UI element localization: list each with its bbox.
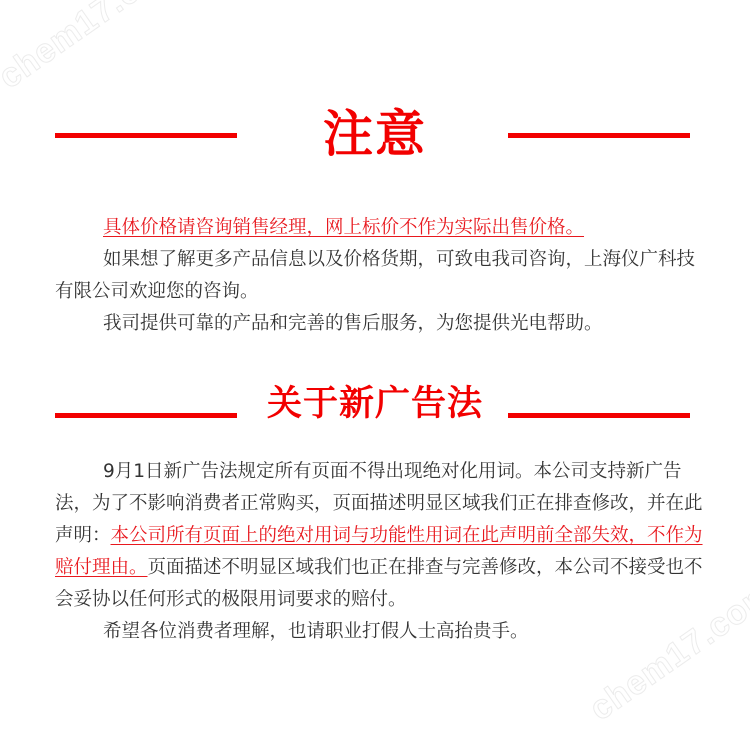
notice-paragraph-service: 我司提供可靠的产品和完善的售后服务，为您提供光电帮助。 bbox=[55, 308, 705, 340]
ad-law-paragraph-request: 希望各位消费者理解，也请职业打假人士高抬贵手。 bbox=[55, 616, 705, 648]
ad-law-title: 关于新广告法 bbox=[0, 376, 750, 432]
notice-body: 具体价格请咨询销售经理，网上标价不作为实际出售价格。 如果想了解更多产品信息以及… bbox=[55, 212, 705, 340]
divider-line-right bbox=[508, 413, 690, 418]
ad-law-body: 9月1日新广告法规定所有页面不得出现绝对化用词。本公司支持新广告法，为了不影响消… bbox=[55, 456, 705, 648]
notice-header: 注意 bbox=[0, 104, 750, 164]
price-disclaimer: 具体价格请咨询销售经理，网上标价不作为实际出售价格。 bbox=[103, 217, 584, 238]
ad-law-header: 关于新广告法 bbox=[0, 376, 750, 436]
watermark-top: chem17.com bbox=[0, 0, 191, 97]
notice-paragraph-price: 具体价格请咨询销售经理，网上标价不作为实际出售价格。 bbox=[55, 212, 705, 244]
ad-law-paragraph-statement: 9月1日新广告法规定所有页面不得出现绝对化用词。本公司支持新广告法，为了不影响消… bbox=[55, 456, 705, 616]
statement-outro: 页面描述不明显区域我们也正在排查与完善修改，本公司不接受也不会妥协以任何形式的极… bbox=[55, 557, 703, 610]
divider-line-right bbox=[508, 133, 690, 138]
notice-paragraph-contact: 如果想了解更多产品信息以及价格货期，可致电我司咨询，上海仪广科技有限公司欢迎您的… bbox=[55, 244, 705, 308]
